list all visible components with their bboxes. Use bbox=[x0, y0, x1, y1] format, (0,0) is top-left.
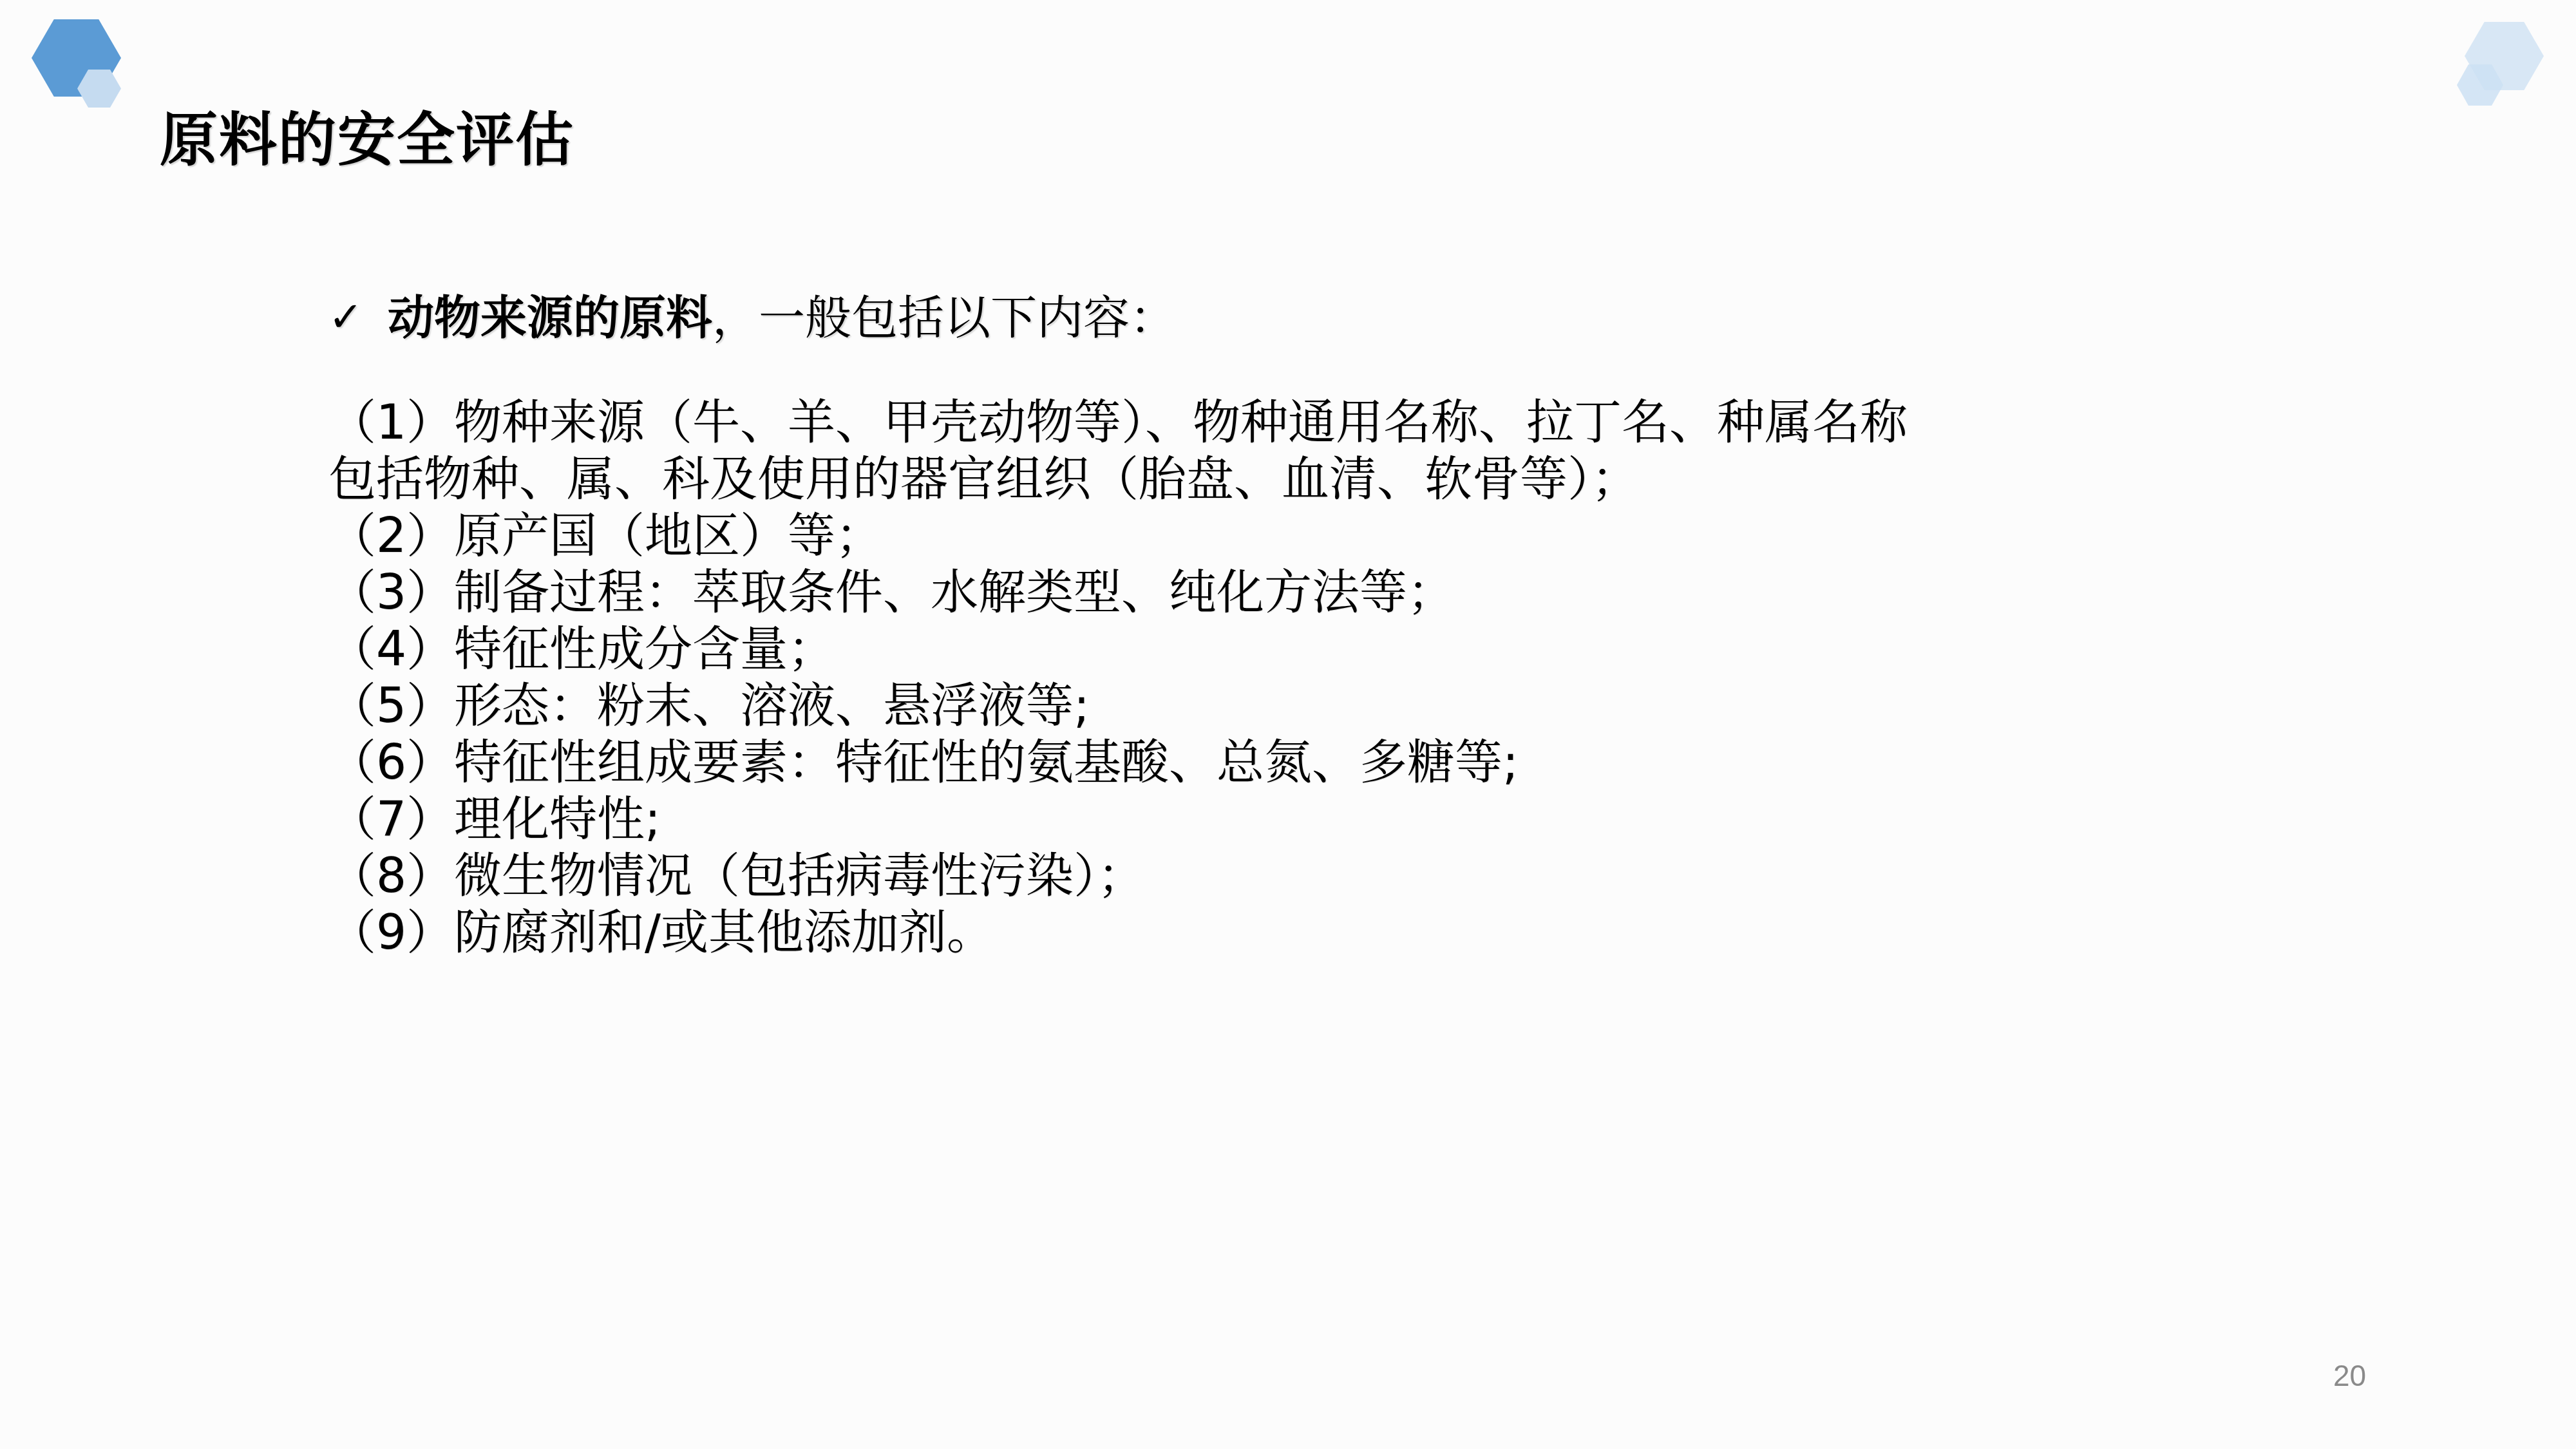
list-item-6: （6）特征性组成要素：特征性的氨基酸、总氮、多糖等; bbox=[328, 734, 2003, 791]
slide-title: 原料的安全评估 bbox=[160, 102, 574, 179]
list-item-4: （4）特征性成分含量； bbox=[328, 621, 2003, 677]
lead-bullet: ✓动物来源的原料，一般包括以下内容： bbox=[328, 282, 1176, 353]
requirements-list: （1）物种来源（牛、羊、甲壳动物等）、物种通用名称、拉丁名、种属名称 包括物种、… bbox=[328, 394, 2003, 961]
list-item-9: （9）防腐剂和/或其他添加剂。 bbox=[328, 904, 2003, 961]
list-item-2: （2）原产国（地区）等； bbox=[328, 507, 2003, 564]
list-item-1-line-1: （1）物种来源（牛、羊、甲壳动物等）、物种通用名称、拉丁名、种属名称 bbox=[328, 394, 2003, 451]
page-number: 20 bbox=[2333, 1358, 2366, 1394]
list-item-3: （3）制备过程：萃取条件、水解类型、纯化方法等； bbox=[328, 564, 2003, 621]
list-item-8: （8）微生物情况（包括病毒性污染）； bbox=[328, 848, 2003, 904]
lead-rest-text: ，一般包括以下内容： bbox=[712, 290, 1176, 345]
checkmark-icon: ✓ bbox=[328, 282, 388, 353]
list-item-5: （5）形态：粉末、溶液、悬浮液等; bbox=[328, 677, 2003, 734]
list-item-1-line-2: 包括物种、属、科及使用的器官组织（胎盘、血清、软骨等）； bbox=[328, 451, 2003, 507]
lead-bold-text: 动物来源的原料 bbox=[388, 290, 712, 345]
list-item-7: （7）理化特性; bbox=[328, 791, 2003, 848]
